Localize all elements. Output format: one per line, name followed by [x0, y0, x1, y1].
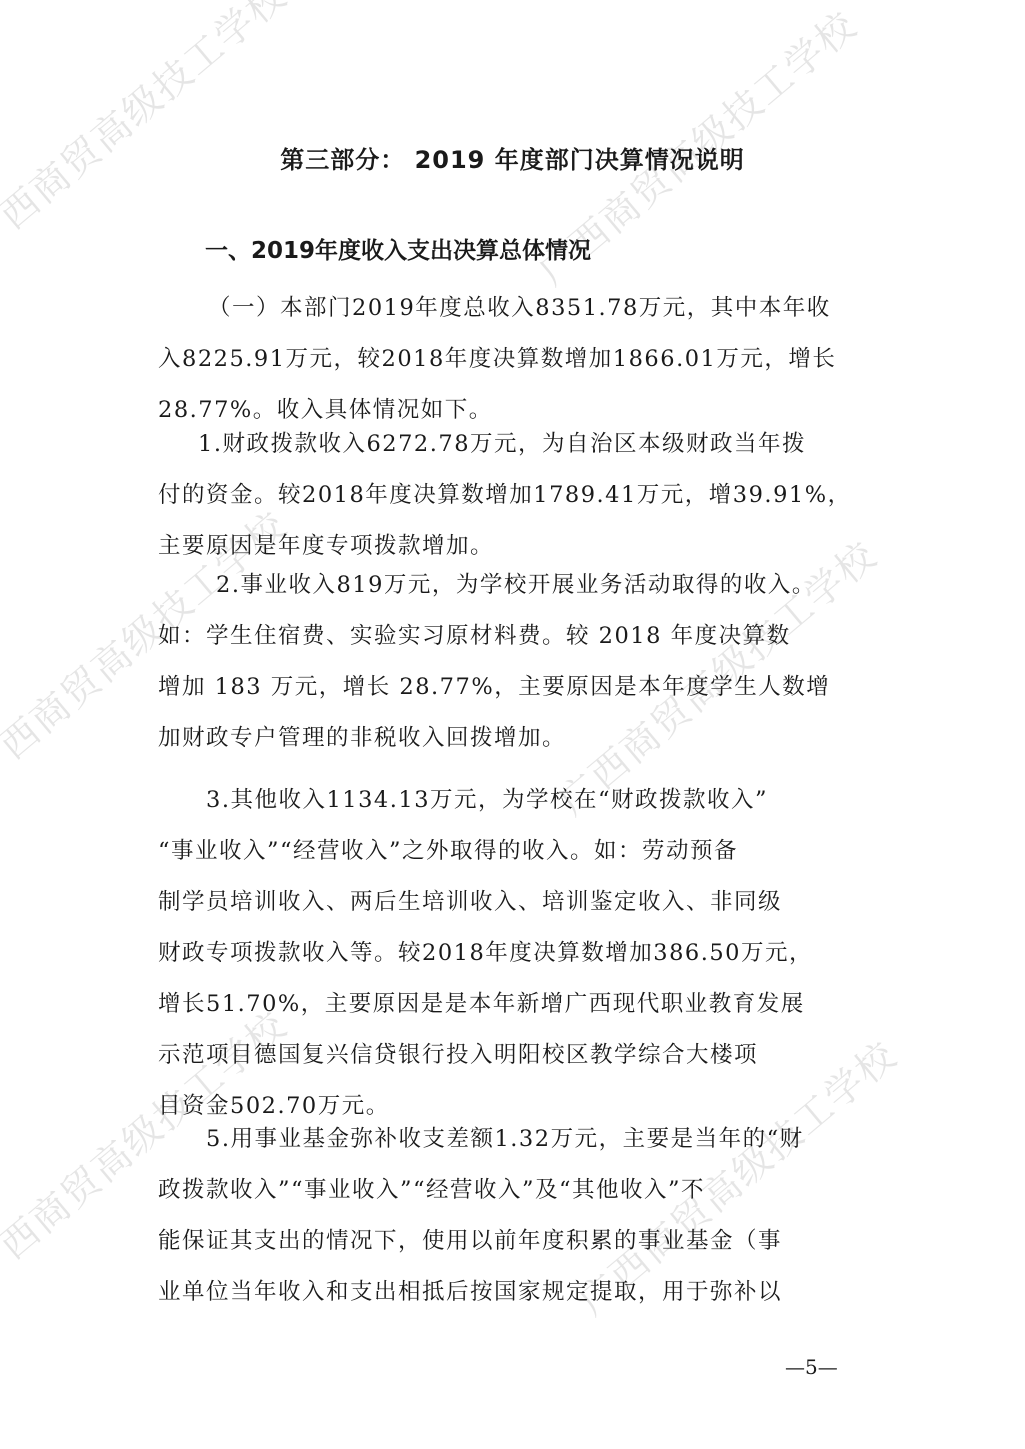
text-line: 入8225.91万元，较2018年度决算数增加1866.01万元，增长 [158, 334, 870, 385]
text-line: 制学员培训收入、两后生培训收入、培训鉴定收入、非同级 [158, 877, 870, 928]
text-line: 付的资金。较2018年度决算数增加1789.41万元，增39.91%， [158, 470, 870, 521]
document-page: 广西商贸高级技工学校 广西商贸高级技工学校 广西商贸高级技工学校 广西商贸高级技… [0, 0, 1025, 1449]
paragraph-item-2: 2.事业收入819万元，为学校开展业务活动取得的收入。 如：学生住宿费、实验实习… [158, 560, 870, 764]
text-line: 1.财政拨款收入6272.78万元，为自治区本级财政当年拨 [158, 419, 870, 470]
text-line: （一）本部门2019年度总收入8351.78万元，其中本年收 [158, 283, 870, 334]
text-line: 增长51.70%，主要原因是是本年新增广西现代职业教育发展 [158, 979, 870, 1030]
text-line: 加财政专户管理的非税收入回拨增加。 [158, 713, 870, 764]
text-line: “事业收入”“经营收入”之外取得的收入。如：劳动预备 [158, 826, 870, 877]
watermark: 广西商贸高级技工学校 [0, 0, 296, 265]
document-title: 第三部分： 2019 年度部门决算情况说明 [0, 140, 1025, 175]
text-line: 业单位当年收入和支出相抵后按国家规定提取，用于弥补以 [158, 1267, 870, 1318]
paragraph-item-5: 5.用事业基金弥补收支差额1.32万元，主要是当年的“财 政拨款收入”“事业收入… [158, 1114, 870, 1318]
section-heading: 一、2019年度收入支出决算总体情况 [205, 232, 591, 265]
text-line: 示范项目德国复兴信贷银行投入明阳校区教学综合大楼项 [158, 1030, 870, 1081]
text-line: 政拨款收入”“事业收入”“经营收入”及“其他收入”不 [158, 1165, 870, 1216]
paragraph-item-1: 1.财政拨款收入6272.78万元，为自治区本级财政当年拨 付的资金。较2018… [158, 419, 870, 572]
text-line: 2.事业收入819万元，为学校开展业务活动取得的收入。 [158, 560, 870, 611]
paragraph-item-3: 3.其他收入1134.13万元，为学校在“财政拨款收入” “事业收入”“经营收入… [158, 775, 870, 1132]
text-line: 能保证其支出的情况下，使用以前年度积累的事业基金（事 [158, 1216, 870, 1267]
text-line: 财政专项拨款收入等。较2018年度决算数增加386.50万元， [158, 928, 870, 979]
text-line: 5.用事业基金弥补收支差额1.32万元，主要是当年的“财 [158, 1114, 870, 1165]
text-line: 如：学生住宿费、实验实习原材料费。较 2018 年度决算数 [158, 611, 870, 662]
text-line: 增加 183 万元，增长 28.77%，主要原因是本年度学生人数增 [158, 662, 870, 713]
text-line: 3.其他收入1134.13万元，为学校在“财政拨款收入” [158, 775, 870, 826]
page-number: —5— [785, 1355, 838, 1379]
paragraph-overview: （一）本部门2019年度总收入8351.78万元，其中本年收 入8225.91万… [158, 283, 870, 436]
